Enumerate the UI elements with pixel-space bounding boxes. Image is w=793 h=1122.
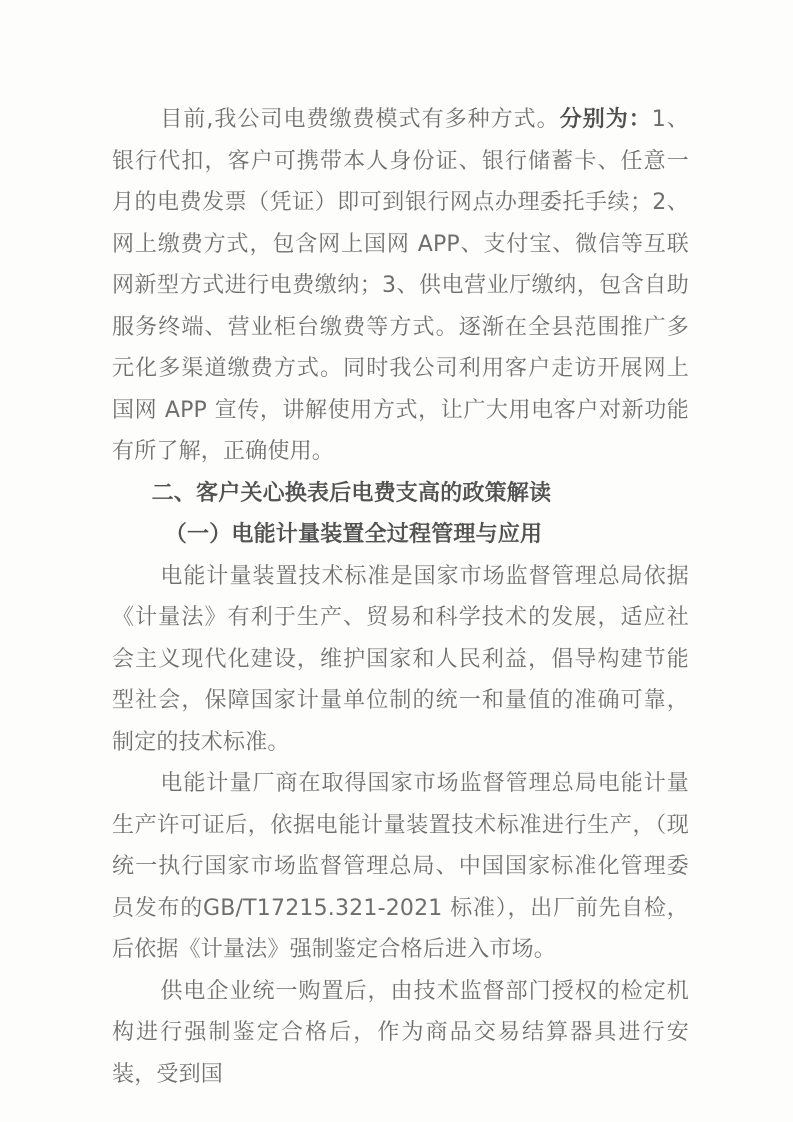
paragraph-manufacturer-production: 电能计量厂商在取得国家市场监督管理总局电能计量生产许可证后，依据电能计量装置技术…	[112, 763, 689, 971]
document-page: 目前,我公司电费缴费模式有多种方式。分别为：1、银行代扣，客户可携带本人身份证、…	[0, 0, 793, 1122]
paragraph-metering-standard: 电能计量装置技术标准是国家市场监督管理总局依据《计量法》有利于生产、贸易和科学技…	[112, 556, 689, 764]
subsection-heading-metering-management: （一）电能计量装置全过程管理与应用	[112, 514, 689, 556]
document-content: 目前,我公司电费缴费模式有多种方式。分别为：1、银行代扣，客户可携带本人身份证、…	[112, 99, 689, 1095]
paragraph-payment-bold-phrase: 分别为：	[560, 107, 652, 132]
paragraph-payment-text-before: 目前,我公司电费缴费模式有多种方式。	[160, 107, 559, 132]
paragraph-payment-methods: 目前,我公司电费缴费模式有多种方式。分别为：1、银行代扣，客户可携带本人身份证、…	[112, 99, 689, 473]
paragraph-utility-purchase: 供电企业统一购置后，由技术监督部门授权的检定机构进行强制鉴定合格后，作为商品交易…	[112, 971, 689, 1096]
paragraph-payment-text-after: 1、银行代扣，客户可携带本人身份证、银行储蓄卡、任意一月的电费发票（凭证）即可到…	[112, 107, 689, 464]
section-heading-policy-interpretation: 二、客户关心换表后电费支高的政策解读	[112, 473, 689, 515]
